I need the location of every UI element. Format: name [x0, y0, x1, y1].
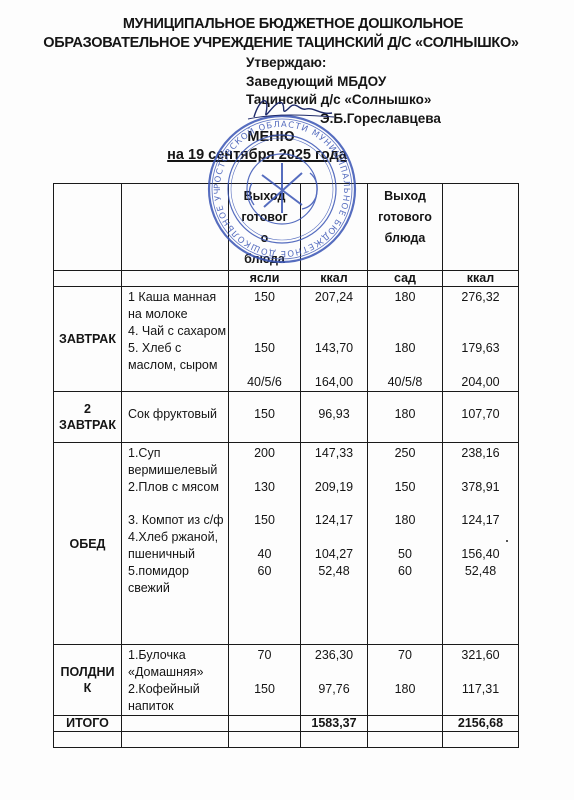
- yield-garden-cell-line: [368, 496, 442, 512]
- yield-garden-cell-line: 180: [368, 681, 442, 698]
- yield-nursery-cell-line: [229, 394, 300, 406]
- total-empty: [229, 716, 301, 732]
- kcal-garden-cell-line: [443, 664, 518, 681]
- kcal-nursery-cell-line: 236,30: [301, 647, 367, 664]
- kcal-nursery-cell-line: 143,70: [301, 340, 367, 357]
- header-cell-kcal-nursery: [301, 184, 368, 271]
- kcal-nursery-cell-line: [301, 357, 367, 374]
- meal-name: ЗАВТРАК: [54, 287, 122, 392]
- approval-block: Утверждаю: Заведующий МБДОУ Тацинский д/…: [246, 54, 441, 128]
- org-name-line-1: МУНИЦИПАЛЬНОЕ БЮДЖЕТНОЕ ДОШКОЛЬНОЕ: [6, 16, 574, 32]
- dish-cell-line: на молоке: [128, 306, 228, 323]
- menu-table: Выходготовогоблюда Выходготовогоблюда яс…: [53, 183, 519, 748]
- total-empty: [368, 716, 443, 732]
- yield-nursery-cell-line: 150: [229, 340, 300, 357]
- kcal-nursery-cell-line: 147,33: [301, 445, 367, 462]
- yield-garden-cell: 70180: [368, 645, 443, 716]
- yield-garden-cell-line: [368, 323, 442, 340]
- dish-cell-line: 4. Чай с сахаром: [128, 323, 228, 340]
- header-line: блюда: [368, 228, 442, 249]
- approve-position: Заведующий МБДОУ: [246, 73, 441, 92]
- total-empty: [122, 716, 229, 732]
- dish-cell: 1 Каша маннаяна молоке4. Чай с сахаром5.…: [122, 287, 229, 392]
- dish-cell-line: 1.Суп: [128, 445, 228, 462]
- meal-name-line: К: [54, 680, 121, 696]
- header-line: готовог: [229, 207, 300, 228]
- kcal-garden-cell-line: [443, 323, 518, 340]
- kcal-nursery-cell-line: 124,17: [301, 512, 367, 529]
- kcal-garden-cell: 238,16378,91124,17156,4052,48: [443, 443, 519, 645]
- total-kcal-garden: 2156,68: [443, 716, 519, 732]
- yield-nursery-cell-line: [229, 664, 300, 681]
- header-line: блюда: [229, 249, 300, 270]
- empty-cell: [368, 732, 443, 748]
- menu-date: на 19 сентября 2025 года: [0, 147, 548, 163]
- dish-cell-line: Сок фруктовый: [128, 406, 228, 423]
- total-label: ИТОГО: [54, 716, 122, 732]
- approve-label: Утверждаю:: [246, 54, 441, 73]
- kcal-garden-cell-line: 124,17: [443, 512, 518, 529]
- empty-cell: [443, 732, 519, 748]
- meal-name: 2ЗАВТРАК: [54, 392, 122, 443]
- yield-garden-cell-line: [368, 698, 442, 715]
- kcal-garden-cell-line: 107,70: [443, 406, 518, 423]
- dish-cell-line: 5. Хлеб с: [128, 340, 228, 357]
- dish-cell-line: 2.Плов с мясом: [128, 479, 228, 496]
- subheader-kcal: ккал: [443, 271, 519, 287]
- kcal-nursery-cell: 96,93: [301, 392, 368, 443]
- header-cell-kcal-garden: [443, 184, 519, 271]
- dish-cell: 1.Булочка«Домашняя»2.Кофейныйнапиток: [122, 645, 229, 716]
- yield-nursery-cell-line: 200: [229, 445, 300, 462]
- subheader-cell: [54, 271, 122, 287]
- kcal-nursery-cell-line: 164,00: [301, 374, 367, 391]
- yield-nursery-cell: 2001301504060: [229, 443, 301, 645]
- kcal-garden-cell-line: 276,32: [443, 289, 518, 306]
- kcal-nursery-cell-line: 96,93: [301, 406, 367, 423]
- yield-garden-cell-line: 180: [368, 340, 442, 357]
- kcal-nursery-cell-line: [301, 580, 367, 597]
- meal-name-line: 2: [54, 401, 121, 417]
- yield-garden-cell-line: 40/5/8: [368, 374, 442, 391]
- header-yield-garden: Выходготовогоблюда: [368, 184, 443, 271]
- dish-cell-line: 2.Кофейный: [128, 681, 228, 698]
- kcal-garden-cell-line: 378,91: [443, 479, 518, 496]
- header-cell-dish: [122, 184, 229, 271]
- kcal-nursery-cell-line: 97,76: [301, 681, 367, 698]
- yield-nursery-cell-line: 40: [229, 546, 300, 563]
- dish-cell-line: «Домашняя»: [128, 664, 228, 681]
- total-kcal-nursery: 1583,37: [301, 716, 368, 732]
- kcal-garden-cell-line: 204,00: [443, 374, 518, 391]
- table-row-total: ИТОГО 1583,37 2156,68: [54, 716, 519, 732]
- yield-nursery-cell-line: 150: [229, 681, 300, 698]
- kcal-garden-cell: 321,60117,31: [443, 645, 519, 716]
- yield-garden-cell-line: [368, 664, 442, 681]
- kcal-nursery-cell-line: [301, 664, 367, 681]
- menu-date-text: на 19 сентября 2025 года: [167, 147, 355, 163]
- yield-nursery-cell-line: 150: [229, 289, 300, 306]
- kcal-garden-cell-line: [443, 462, 518, 479]
- header-line: готового: [368, 207, 442, 228]
- yield-garden-cell: 2501501805060: [368, 443, 443, 645]
- kcal-nursery-cell-line: [301, 306, 367, 323]
- menu-title: МЕНЮ: [0, 129, 558, 145]
- kcal-garden-cell-line: [443, 580, 518, 597]
- yield-nursery-cell-line: 70: [229, 647, 300, 664]
- yield-garden-cell-line: [368, 357, 442, 374]
- kcal-garden-cell: 107,70: [443, 392, 519, 443]
- kcal-nursery-cell-line: [301, 323, 367, 340]
- table-row: ЗАВТРАК1 Каша маннаяна молоке4. Чай с са…: [54, 287, 519, 392]
- kcal-garden-cell-line: 156,40: [443, 546, 518, 563]
- kcal-nursery-cell-line: 52,48: [301, 563, 367, 580]
- dish-cell-line: 1.Булочка: [128, 647, 228, 664]
- yield-nursery-cell-line: [229, 462, 300, 479]
- kcal-garden-cell-line: [443, 698, 518, 715]
- yield-nursery-cell-line: [229, 306, 300, 323]
- kcal-nursery-cell-line: [301, 394, 367, 406]
- kcal-nursery-cell-line: 209,19: [301, 479, 367, 496]
- kcal-nursery-cell: 207,24143,70164,00: [301, 287, 368, 392]
- table-row: ПОЛДНИК1.Булочка«Домашняя»2.Кофейныйнапи…: [54, 645, 519, 716]
- yield-nursery-cell-line: 130: [229, 479, 300, 496]
- dish-cell-line: маслом, сыром: [128, 357, 228, 374]
- subheader-kcal: ккал: [301, 271, 368, 287]
- kcal-garden-cell-line: 52,48: [443, 563, 518, 580]
- kcal-nursery-cell-line: [301, 462, 367, 479]
- empty-cell: [54, 732, 122, 748]
- meal-name-line: ПОЛДНИ: [54, 664, 121, 680]
- yield-nursery-cell-line: 40/5/6: [229, 374, 300, 391]
- meal-name: ОБЕД: [54, 443, 122, 645]
- dish-cell-line: [128, 374, 228, 391]
- header-line: Выход: [368, 186, 442, 207]
- kcal-garden-cell-line: 179,63: [443, 340, 518, 357]
- approve-org: Тацинский д/с «Солнышко»: [246, 91, 441, 110]
- yield-garden-cell-line: 180: [368, 289, 442, 306]
- yield-garden-cell: 180: [368, 392, 443, 443]
- header-line: Выход: [229, 186, 300, 207]
- meal-name-line: ОБЕД: [54, 536, 121, 552]
- kcal-nursery-cell: 236,3097,76: [301, 645, 368, 716]
- kcal-garden-cell-line: [443, 306, 518, 323]
- dish-cell-line: [128, 394, 228, 406]
- kcal-garden-cell-line: 117,31: [443, 681, 518, 698]
- org-name-line-2: ОБРАЗОВАТЕЛЬНОЕ УЧРЕЖДЕНИЕ ТАЦИНСКИЙ Д/С…: [0, 35, 568, 51]
- kcal-nursery-cell-line: 207,24: [301, 289, 367, 306]
- yield-garden-cell-line: [368, 529, 442, 546]
- subheader-nursery: ясли: [229, 271, 301, 287]
- kcal-nursery-cell-line: [301, 698, 367, 715]
- kcal-garden-cell-line: [443, 357, 518, 374]
- dish-cell-line: пшеничный: [128, 546, 228, 563]
- yield-garden-cell-line: [368, 580, 442, 597]
- yield-garden-cell-line: 60: [368, 563, 442, 580]
- header-cell-meal: [54, 184, 122, 271]
- yield-nursery-cell: 150: [229, 392, 301, 443]
- dish-cell-line: напиток: [128, 698, 228, 715]
- yield-garden-cell: 18018040/5/8: [368, 287, 443, 392]
- yield-nursery-cell-line: 150: [229, 512, 300, 529]
- kcal-nursery-cell-line: [301, 529, 367, 546]
- meal-name: ПОЛДНИК: [54, 645, 122, 716]
- yield-garden-cell-line: 50: [368, 546, 442, 563]
- yield-garden-cell-line: [368, 462, 442, 479]
- dish-cell: 1.Супвермишелевый2.Плов с мясом3. Компот…: [122, 443, 229, 645]
- kcal-nursery-cell-line: 104,27: [301, 546, 367, 563]
- yield-garden-cell-line: 180: [368, 406, 442, 423]
- subheader-garden: сад: [368, 271, 443, 287]
- dish-cell-line: свежий: [128, 580, 228, 597]
- yield-nursery-cell-line: [229, 357, 300, 374]
- header-yield-nursery: Выходготовогоблюда: [229, 184, 301, 271]
- kcal-nursery-cell-line: [301, 496, 367, 512]
- table-row: 2ЗАВТРАКСок фруктовый15096,93180107,70: [54, 392, 519, 443]
- kcal-garden-cell-line: [443, 496, 518, 512]
- meal-name-line: ЗАВТРАК: [54, 417, 121, 433]
- table-row-empty: [54, 732, 519, 748]
- header-line: о: [229, 228, 300, 249]
- yield-nursery-cell-line: [229, 496, 300, 512]
- dish-cell-line: вермишелевый: [128, 462, 228, 479]
- kcal-garden-cell-line: [443, 394, 518, 406]
- yield-garden-cell-line: 180: [368, 512, 442, 529]
- yield-nursery-cell-line: 60: [229, 563, 300, 580]
- dish-cell-line: 5.помидор: [128, 563, 228, 580]
- kcal-garden-cell: 276,32179,63204,00: [443, 287, 519, 392]
- yield-nursery-cell-line: 150: [229, 406, 300, 423]
- dish-cell-line: 1 Каша манная: [128, 289, 228, 306]
- table-header-row: Выходготовогоблюда Выходготовогоблюда: [54, 184, 519, 271]
- approve-name: Э.Б.Гореславцева: [246, 110, 441, 129]
- yield-garden-cell-line: [368, 394, 442, 406]
- yield-nursery-cell-line: [229, 580, 300, 597]
- speck: [506, 540, 508, 542]
- yield-nursery-cell: 70150: [229, 645, 301, 716]
- yield-garden-cell-line: 250: [368, 445, 442, 462]
- kcal-nursery-cell: 147,33209,19124,17104,2752,48: [301, 443, 368, 645]
- kcal-garden-cell-line: 238,16: [443, 445, 518, 462]
- empty-cell: [301, 732, 368, 748]
- yield-garden-cell-line: [368, 306, 442, 323]
- subheader-cell: [122, 271, 229, 287]
- dish-cell-line: 3. Компот из с/ф: [128, 512, 228, 529]
- yield-nursery-cell: 15015040/5/6: [229, 287, 301, 392]
- empty-cell: [122, 732, 229, 748]
- yield-nursery-cell-line: [229, 323, 300, 340]
- yield-nursery-cell-line: [229, 698, 300, 715]
- dish-cell: Сок фруктовый: [122, 392, 229, 443]
- dish-cell-line: 4.Хлеб ржаной,: [128, 529, 228, 546]
- table-row: ОБЕД1.Супвермишелевый2.Плов с мясом3. Ко…: [54, 443, 519, 645]
- yield-nursery-cell-line: [229, 529, 300, 546]
- yield-garden-cell-line: 150: [368, 479, 442, 496]
- kcal-garden-cell-line: [443, 529, 518, 546]
- meal-name-line: ЗАВТРАК: [54, 331, 121, 347]
- empty-cell: [229, 732, 301, 748]
- kcal-garden-cell-line: 321,60: [443, 647, 518, 664]
- dish-cell-line: [128, 496, 228, 512]
- yield-garden-cell-line: 70: [368, 647, 442, 664]
- table-subheader-row: ясли ккал сад ккал: [54, 271, 519, 287]
